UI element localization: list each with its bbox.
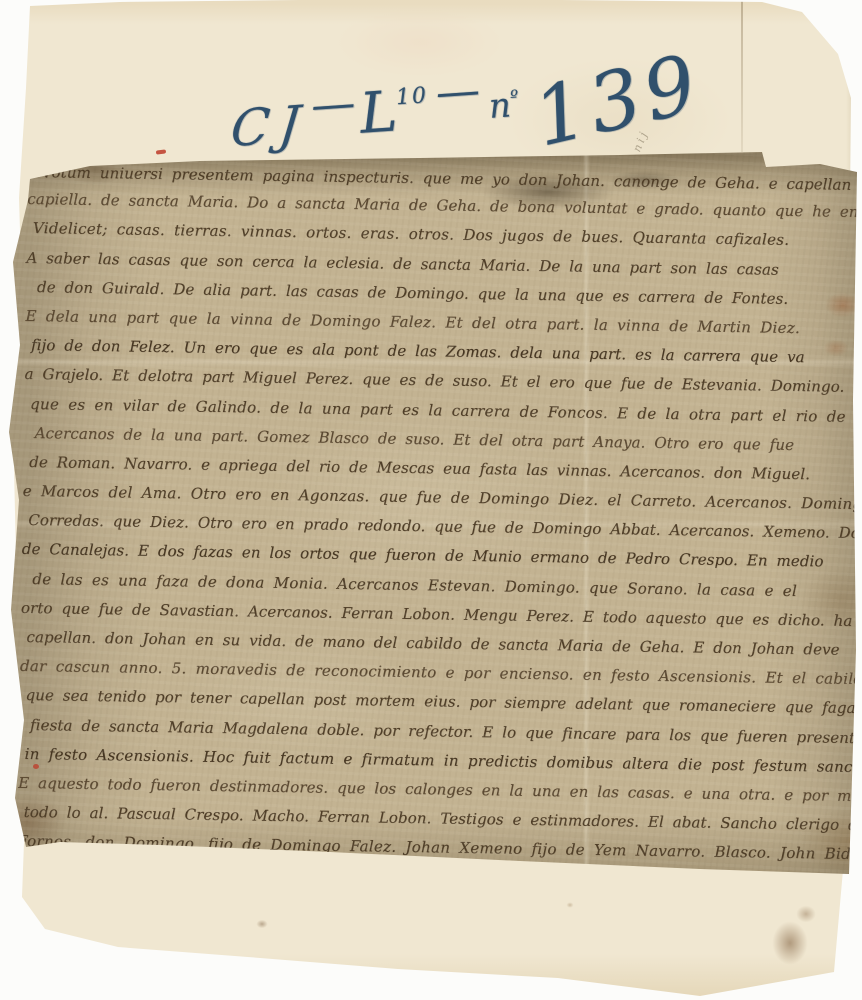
shelfmark-book: L10 [358,82,432,155]
shelfmark-book-number: 10 [395,83,429,110]
red-ink-fleck [33,764,39,769]
shelfmark-class-code: CJ [228,98,312,164]
shelfmark-dash: — [306,81,359,158]
manuscript-scan: CJ — L10 — nº 139 nij Notum uniuersi pre… [0,0,862,1000]
number-ordinal-mark: º [510,87,519,108]
manuscript-text: Notum uniuersi presentem pagina inspectu… [23,156,836,869]
shelfmark-dash: — [426,69,483,150]
shelfmark-book-letter: L [358,79,400,146]
shelfmark-number-abbrev: nº [488,88,522,146]
